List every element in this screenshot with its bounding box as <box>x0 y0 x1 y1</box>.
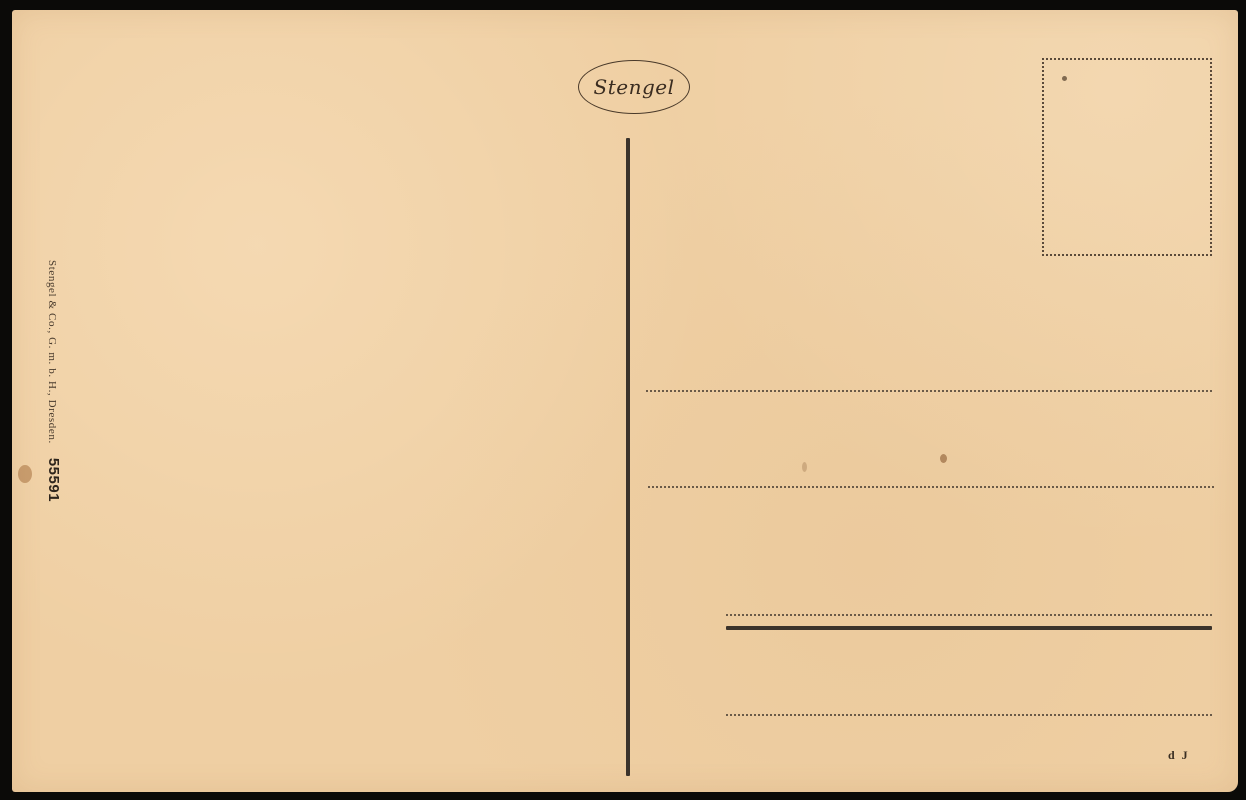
publisher-logo: Stengel <box>578 60 690 114</box>
address-line-4 <box>726 714 1212 716</box>
stain <box>18 465 32 483</box>
stain <box>802 462 807 472</box>
address-line-1 <box>646 390 1212 392</box>
publisher-imprint-text: Stengel & Co., G. m. b. H., Dresden. <box>46 260 58 444</box>
stain <box>940 454 947 463</box>
address-line-2 <box>648 486 1214 488</box>
publisher-imprint: Stengel & Co., G. m. b. H., Dresden.5559… <box>42 260 62 610</box>
stamp-box <box>1042 58 1212 256</box>
stain <box>1062 76 1067 81</box>
postcard-back: Stengel Stengel & Co., G. m. b. H., Dres… <box>12 10 1238 792</box>
publisher-logo-text: Stengel <box>594 75 675 99</box>
address-underline <box>726 626 1212 630</box>
message-address-divider <box>626 138 630 776</box>
catalog-number: 55591 <box>45 458 62 502</box>
address-line-3 <box>726 614 1212 616</box>
corner-mark: d J <box>1168 748 1190 763</box>
